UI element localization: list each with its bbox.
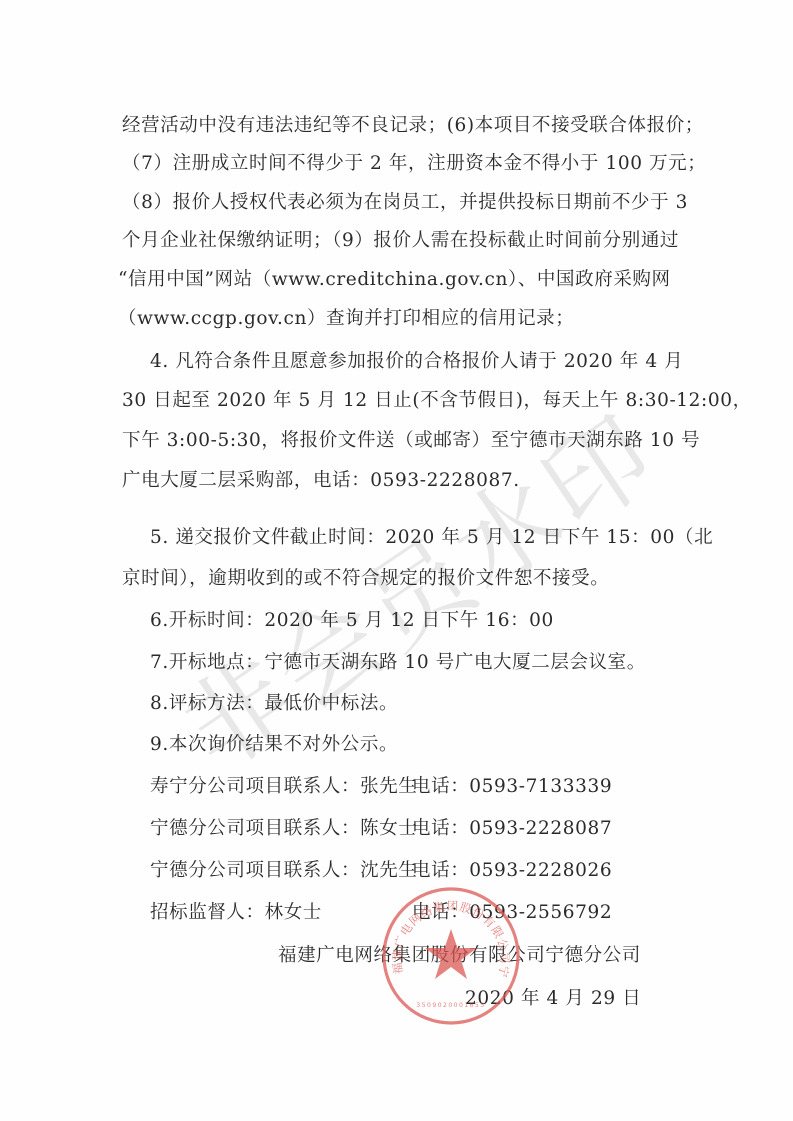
contact-role: 寿宁分公司项目联系人：张先生 bbox=[150, 776, 417, 798]
contact-role: 宁德分公司项目联系人：沈先生 bbox=[150, 860, 417, 882]
item-9-line: 9.本次询价结果不对外公示。 bbox=[150, 734, 398, 756]
item-4-line: 4. 凡符合条件且愿意参加报价的合格报价人请于 2020 年 4 月 bbox=[150, 351, 683, 373]
document-page: 非会员水印 经营活动中没有违法违纪等不良记录；(6)本项目不接受联合体报价； （… bbox=[0, 0, 793, 1121]
paragraph-line: 京时间），逾期收到的或不符合规定的报价文件恕不接受。 bbox=[122, 568, 609, 590]
signature-date: 2020 年 4 月 29 日 bbox=[465, 988, 641, 1010]
paragraph-line: 广电大厦二层采购部，电话：0593-2228087. bbox=[122, 470, 520, 492]
item-8-line: 8.评标方法：最低价中标法。 bbox=[150, 693, 398, 715]
item-5-line: 5. 递交报价文件截止时间：2020 年 5 月 12 日下午 15：00（北 bbox=[150, 527, 713, 549]
contact-phone: 电话：0593-7133339 bbox=[412, 776, 612, 798]
paragraph-line: “信用中国”网站（www.creditchina.gov.cn）、中国政府采购网 bbox=[118, 269, 671, 291]
contact-phone: 电话：0593-2228087 bbox=[412, 818, 612, 840]
contact-phone: 电话：0593-2556792 bbox=[412, 902, 612, 924]
paragraph-line: 下午 3:00-5:30，将报价文件送（或邮寄）至宁德市天湖东路 10 号 bbox=[122, 430, 700, 452]
paragraph-line: （7）注册成立时间不得少于 2 年，注册资本金不得小于 100 万元； bbox=[122, 153, 706, 175]
signature-company: 福建广电网络集团股份有限公司宁德分公司 bbox=[278, 945, 641, 967]
paragraph-line: 30 日起至 2020 年 5 月 12 日止(不含节假日)，每天上午 8:30… bbox=[122, 390, 752, 412]
item-7-line: 7.开标地点：宁德市天湖东路 10 号广电大厦二层会议室。 bbox=[150, 652, 646, 674]
paragraph-line: 经营活动中没有违法违纪等不良记录；(6)本项目不接受联合体报价； bbox=[122, 115, 704, 137]
paragraph-line: 个月企业社保缴纳证明；（9）报价人需在投标截止时间前分别通过 bbox=[122, 230, 679, 252]
contact-role: 招标监督人：林女士 bbox=[150, 902, 322, 924]
contact-phone: 电话：0593-2228026 bbox=[412, 860, 612, 882]
paragraph-line: （www.ccgp.gov.cn）查询并打印相应的信用记录； bbox=[118, 308, 574, 330]
contact-role: 宁德分公司项目联系人：陈女士 bbox=[150, 818, 417, 840]
paragraph-line: （8）报价人授权代表必须为在岗员工，并提供投标日期前不少于 3 bbox=[122, 192, 688, 214]
item-6-line: 6.开标时间：2020 年 5 月 12 日下午 16：00 bbox=[150, 610, 554, 632]
